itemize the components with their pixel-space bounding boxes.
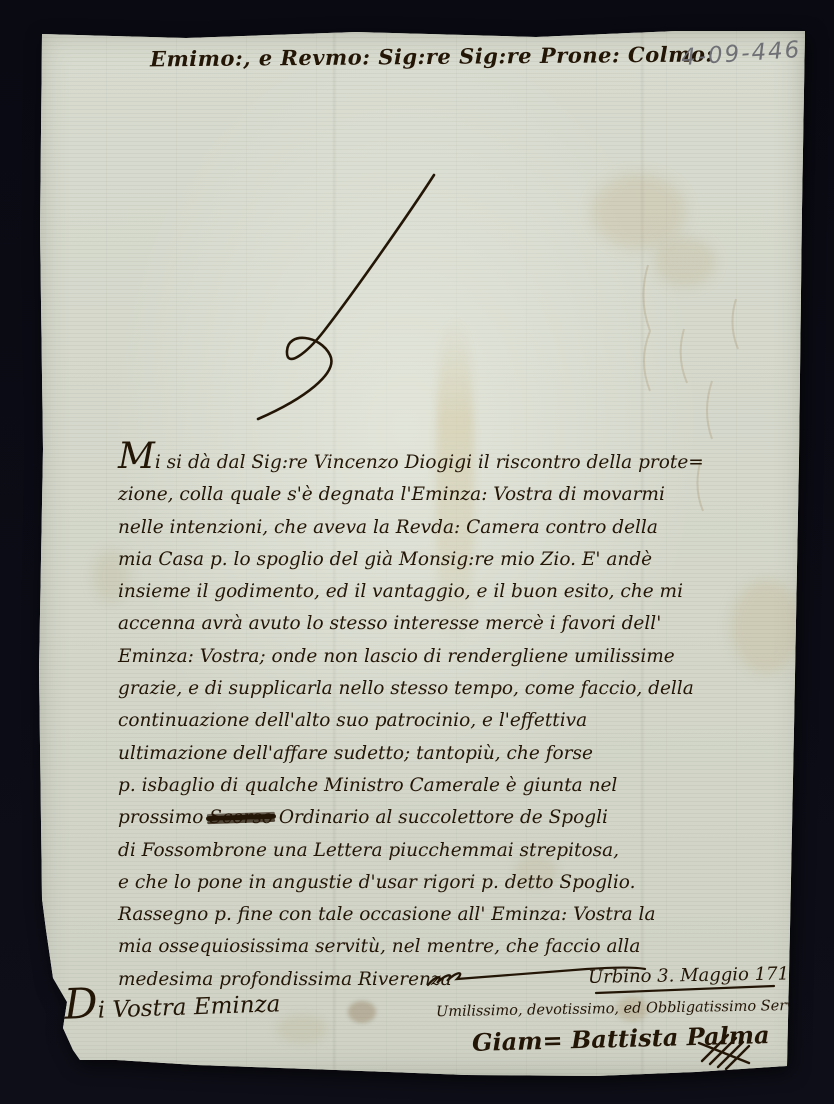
letter-line: di Fossombrone una Lettera piucchemmai s…	[118, 835, 808, 867]
letter-line: accenna avrà avuto lo stesso interesse m…	[118, 608, 808, 640]
opening-flourish	[258, 175, 434, 419]
letter-line: Rassegno p. fine con tale occasione all'…	[118, 899, 808, 931]
paper-stain	[654, 237, 716, 287]
letter-line: nelle intenzioni, che aveva la Revda: Ca…	[118, 512, 808, 544]
salutation: Emimo:, e Revmo: Sig:re Sig:re Prone: Co…	[150, 42, 690, 72]
letter-line: mia ossequiosissima servitù, nel mentre,…	[118, 931, 808, 963]
signature: Giam= Battista Palma	[472, 1020, 770, 1057]
struck-word-suffix: Ordinario al succolettore de Spogli	[273, 807, 608, 828]
closing-formula: Umilissimo, devotissimo, ed Obbligatissi…	[436, 998, 803, 1020]
scan-background: { "page": { "background_color": "#0b0b14…	[0, 0, 834, 1104]
letter-line: e che lo pone in angustie d'usar rigori …	[118, 867, 808, 899]
letter-line: continuazione dell'alto suo patrocinio, …	[118, 705, 808, 737]
struck-word-prefix: prossimo	[118, 807, 209, 828]
letter-line: mia Casa p. lo spoglio del già Monsig:re…	[118, 544, 808, 576]
letter-line: ultimazione dell'affare sudetto; tantopi…	[118, 738, 808, 770]
letter-paper-wrapper: Emimo:, e Revmo: Sig:re Sig:re Prone: Co…	[0, 0, 834, 1104]
valediction: Di Vostra Eminza	[64, 987, 281, 1025]
struck-word: Scorso	[209, 802, 273, 834]
letter-line: Eminza: Vostra; onde non lascio di rende…	[118, 641, 808, 673]
letter-line: grazie, e di supplicarla nello stesso te…	[118, 673, 808, 705]
letter-body: Mi si dà dal Sig:re Vincenzo Diogigi il …	[118, 447, 808, 996]
paper-stain	[276, 1014, 328, 1044]
letter-line: p. isbaglio di qualche Ministro Camerale…	[118, 770, 808, 802]
letter-paper: Emimo:, e Revmo: Sig:re Sig:re Prone: Co…	[36, 29, 807, 1079]
paper-stain	[348, 1001, 376, 1023]
letter-line: insieme il godimento, ed il vantaggio, e…	[118, 576, 808, 608]
dateline: Urbino 3. Maggio 1719.	[588, 963, 806, 988]
paper-stain	[591, 174, 686, 249]
letter-line: zione, colla quale s'è degnata l'Eminza:…	[118, 479, 808, 511]
letter-line: Mi si dà dal Sig:re Vincenzo Diogigi il …	[118, 447, 808, 479]
letter-line: prossimo Scorso Ordinario al succolettor…	[118, 802, 808, 834]
